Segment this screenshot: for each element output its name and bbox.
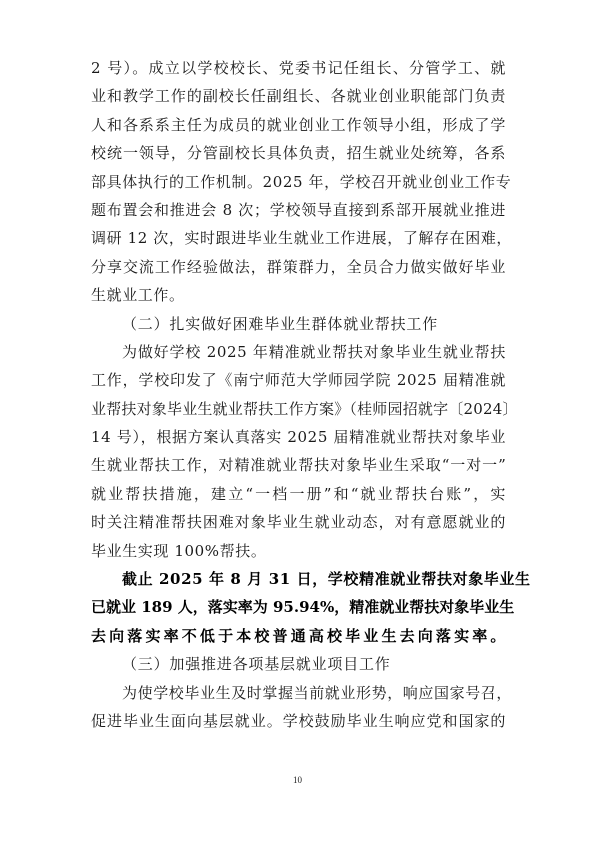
text-line: 题布置会和推进会 8 次；学校领导直接到系部开展就业推进 — [91, 196, 506, 224]
text-line: 生就业工作。 — [91, 281, 506, 309]
text-line: 毕业生实现 100%帮扶。 — [91, 537, 506, 565]
text-line: 部具体执行的工作机制。2025 年，学校召开就业创业工作专 — [91, 168, 506, 196]
text-line: 为做好学校 2025 年精准就业帮扶对象毕业生就业帮扶 — [91, 338, 506, 366]
paragraph-assistance-plan: 为做好学校 2025 年精准就业帮扶对象毕业生就业帮扶 工作，学校印发了《南宁师… — [91, 338, 506, 565]
page-number: 10 — [0, 775, 595, 785]
text-line: 业和教学工作的副校长任副组长、各就业创业职能部门负责 — [91, 82, 506, 110]
paragraph-employment-result: 截止 2025 年 8 月 31 日，学校精准就业帮扶对象毕业生 已就业 189… — [91, 565, 506, 650]
text-line: 促进毕业生面向基层就业。学校鼓励毕业生响应党和国家的 — [91, 707, 506, 735]
text-line: 人和各系系主任为成员的就业创业工作领导小组，形成了学 — [91, 111, 506, 139]
section-heading-2: （二）扎实做好困难毕业生群体就业帮扶工作 — [91, 310, 506, 338]
text-line: 就业帮扶措施，建立“一档一册”和“就业帮扶台账”，实 — [91, 480, 506, 508]
text-line: 去向落实率不低于本校普通高校毕业生去向落实率。 — [91, 622, 506, 650]
document-body: 2 号）。成立以学校校长、党委书记任组长、分管学工、就 业和教学工作的副校长任副… — [91, 54, 506, 735]
text-line: 调研 12 次，实时跟进毕业生就业工作进展，了解存在困难， — [91, 224, 506, 252]
text-line: 14 号），根据方案认真落实 2025 届精准就业帮扶对象毕业 — [91, 423, 506, 451]
text-line: 校统一领导，分管副校长具体负责，招生就业处统筹，各系 — [91, 139, 506, 167]
text-line: 时关注精准帮扶困难对象毕业生就业动态，对有意愿就业的 — [91, 508, 506, 536]
text-line: 生就业帮扶工作，对精准就业帮扶对象毕业生采取“一对一” — [91, 451, 506, 479]
text-line: 分享交流工作经验做法，群策群力，全员合力做实做好毕业 — [91, 253, 506, 281]
paragraph-leadership-group: 2 号）。成立以学校校长、党委书记任组长、分管学工、就 业和教学工作的副校长任副… — [91, 54, 506, 310]
text-line: 为使学校毕业生及时掌握当前就业形势，响应国家号召， — [91, 679, 506, 707]
text-line: 已就业 189 人，落实率为 95.94%，精准就业帮扶对象毕业生 — [91, 593, 506, 621]
text-line: 截止 2025 年 8 月 31 日，学校精准就业帮扶对象毕业生 — [91, 565, 506, 593]
paragraph-grassroots-employment: 为使学校毕业生及时掌握当前就业形势，响应国家号召， 促进毕业生面向基层就业。学校… — [91, 679, 506, 736]
text-line: 2 号）。成立以学校校长、党委书记任组长、分管学工、就 — [91, 54, 506, 82]
section-heading-3: （三）加强推进各项基层就业项目工作 — [91, 650, 506, 678]
text-line: 业帮扶对象毕业生就业帮扶工作方案》（桂师园招就字〔2024〕 — [91, 395, 506, 423]
document-page: 2 号）。成立以学校校长、党委书记任组长、分管学工、就 业和教学工作的副校长任副… — [0, 0, 595, 842]
text-line: 工作，学校印发了《南宁师范大学师园学院 2025 届精准就 — [91, 366, 506, 394]
